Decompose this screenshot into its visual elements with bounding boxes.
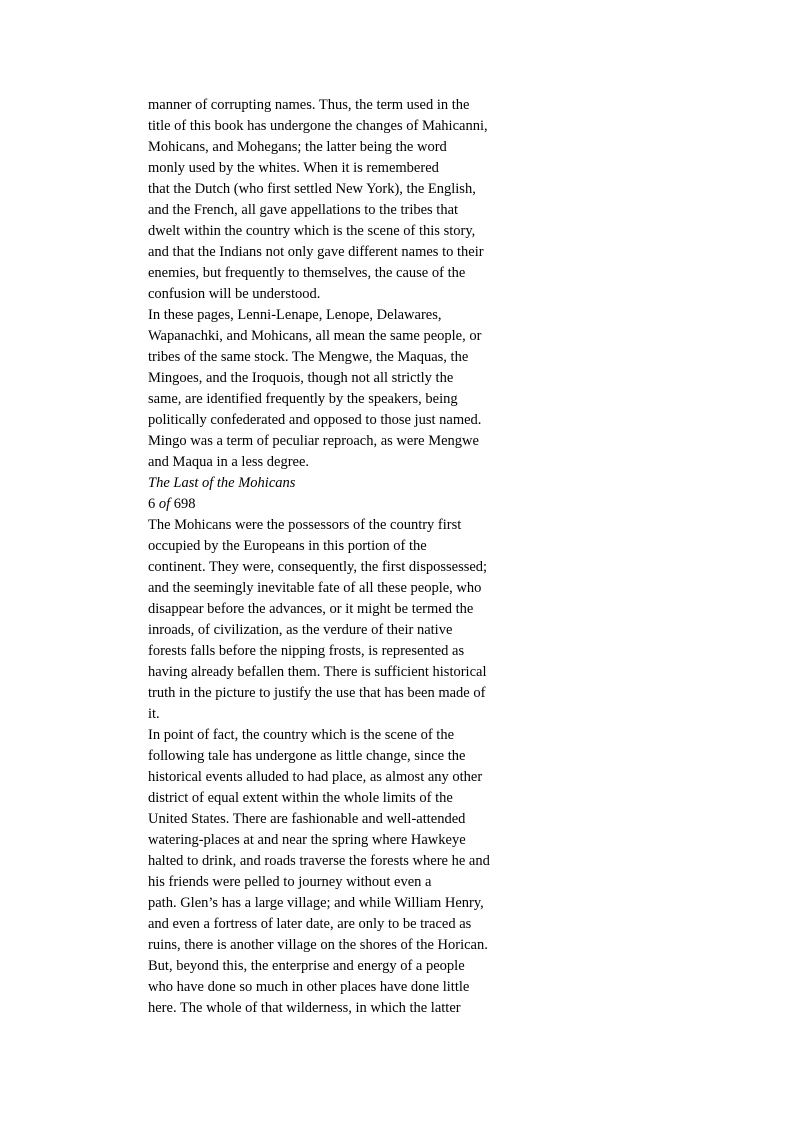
text-line: same, are identified frequently by the s… bbox=[148, 389, 508, 410]
text-line: it. bbox=[148, 704, 508, 725]
book-title-line: The Last of the Mohicans bbox=[148, 473, 508, 494]
text-line: that the Dutch (who first settled New Yo… bbox=[148, 179, 508, 200]
text-line: here. The whole of that wilderness, in w… bbox=[148, 998, 508, 1019]
text-line: Mohicans, and Mohegans; the latter being… bbox=[148, 137, 508, 158]
text-line: his friends were pelled to journey witho… bbox=[148, 872, 508, 893]
text-line: The Mohicans were the possessors of the … bbox=[148, 515, 508, 536]
text-line: path. Glen’s has a large village; and wh… bbox=[148, 893, 508, 914]
page-indicator-line: 6 of 698 bbox=[148, 494, 508, 515]
text-line: truth in the picture to justify the use … bbox=[148, 683, 508, 704]
text-line: Mingo was a term of peculiar reproach, a… bbox=[148, 431, 508, 452]
text-line: disappear before the advances, or it mig… bbox=[148, 599, 508, 620]
text-line: title of this book has undergone the cha… bbox=[148, 116, 508, 137]
text-line: monly used by the whites. When it is rem… bbox=[148, 158, 508, 179]
text-line: United States. There are fashionable and… bbox=[148, 809, 508, 830]
text-line: watering-places at and near the spring w… bbox=[148, 830, 508, 851]
text-line: and the seemingly inevitable fate of all… bbox=[148, 578, 508, 599]
text-line: continent. They were, consequently, the … bbox=[148, 557, 508, 578]
text-line: forests falls before the nipping frosts,… bbox=[148, 641, 508, 662]
text-line: In point of fact, the country which is t… bbox=[148, 725, 508, 746]
text-line: district of equal extent within the whol… bbox=[148, 788, 508, 809]
text-line: having already befallen them. There is s… bbox=[148, 662, 508, 683]
text-line: Wapanachki, and Mohicans, all mean the s… bbox=[148, 326, 508, 347]
text-line: and Maqua in a less degree. bbox=[148, 452, 508, 473]
text-line: inroads, of civilization, as the verdure… bbox=[148, 620, 508, 641]
text-line: who have done so much in other places ha… bbox=[148, 977, 508, 998]
text-line: confusion will be understood. bbox=[148, 284, 508, 305]
text-line: manner of corrupting names. Thus, the te… bbox=[148, 95, 508, 116]
text-line: and even a fortress of later date, are o… bbox=[148, 914, 508, 935]
text-line: ruins, there is another village on the s… bbox=[148, 935, 508, 956]
text-line: In these pages, Lenni-Lenape, Lenope, De… bbox=[148, 305, 508, 326]
text-line: occupied by the Europeans in this portio… bbox=[148, 536, 508, 557]
text-segment: 698 bbox=[170, 496, 195, 512]
text-line: enemies, but frequently to themselves, t… bbox=[148, 263, 508, 284]
text-line: halted to drink, and roads traverse the … bbox=[148, 851, 508, 872]
text-column: manner of corrupting names. Thus, the te… bbox=[148, 95, 508, 1019]
text-line: tribes of the same stock. The Mengwe, th… bbox=[148, 347, 508, 368]
text-line: dwelt within the country which is the sc… bbox=[148, 221, 508, 242]
text-line: following tale has undergone as little c… bbox=[148, 746, 508, 767]
text-segment: of bbox=[159, 496, 170, 512]
text-line: Mingoes, and the Iroquois, though not al… bbox=[148, 368, 508, 389]
text-line: But, beyond this, the enterprise and ene… bbox=[148, 956, 508, 977]
text-line: and that the Indians not only gave diffe… bbox=[148, 242, 508, 263]
text-segment: 6 bbox=[148, 496, 159, 512]
ebook-page: manner of corrupting names. Thus, the te… bbox=[0, 0, 800, 1132]
text-line: historical events alluded to had place, … bbox=[148, 767, 508, 788]
text-line: politically confederated and opposed to … bbox=[148, 410, 508, 431]
text-line: and the French, all gave appellations to… bbox=[148, 200, 508, 221]
